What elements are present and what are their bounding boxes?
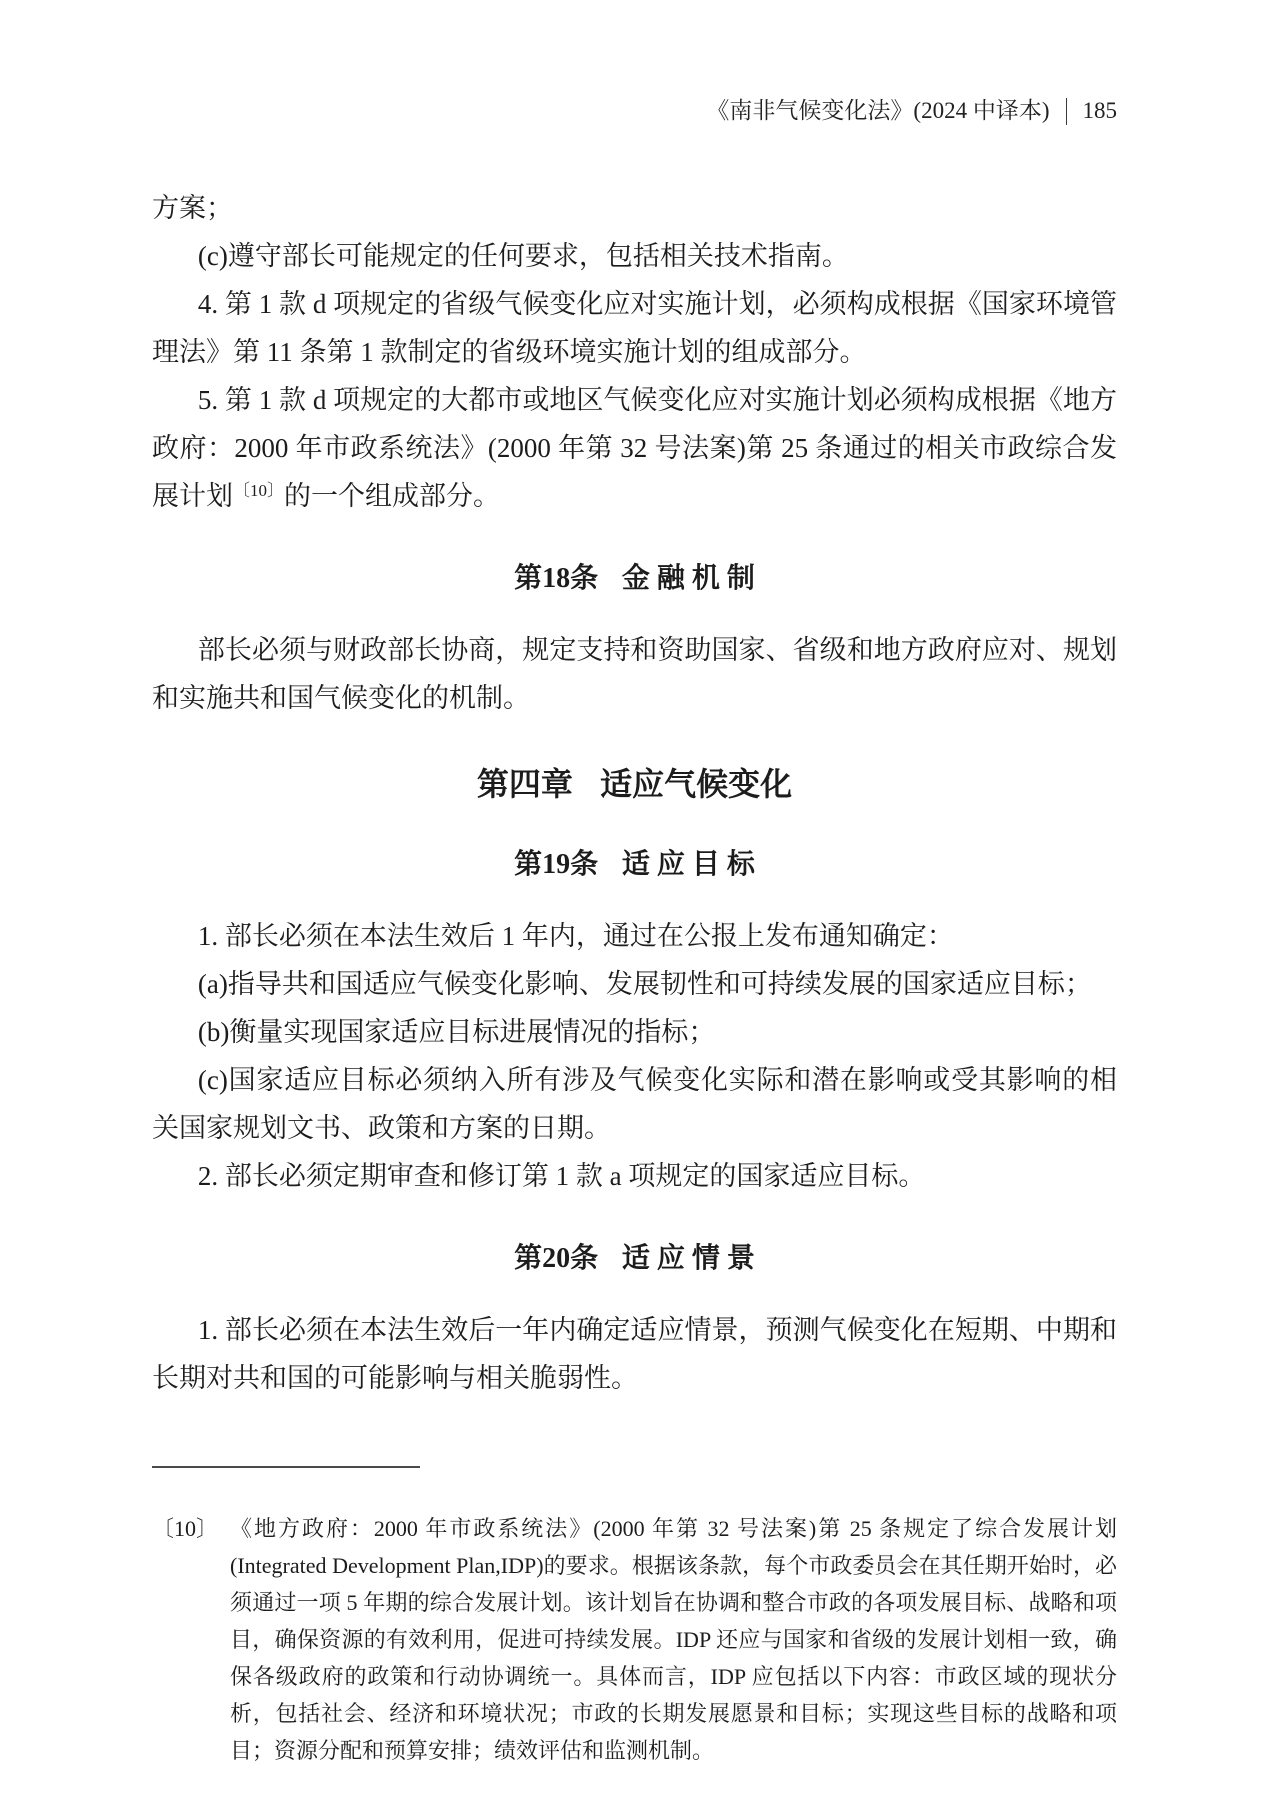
- footnote-area: 〔10〕 《地方政府：2000 年市政系统法》(2000 年第 32 号法案)第…: [152, 1466, 1117, 1769]
- paragraph-item-c: (c)遵守部长可能规定的任何要求，包括相关技术指南。: [152, 232, 1117, 280]
- paragraph-19-c: (c)国家适应目标必须纳入所有涉及气候变化实际和潜在影响或受其影响的相关国家规划…: [152, 1056, 1117, 1152]
- running-title: 《南非气候变化法》(2024 中译本): [706, 96, 1049, 126]
- section-19-heading: 第19条适 应 目 标: [152, 844, 1117, 886]
- chapter-4-label: 第四章: [477, 766, 573, 802]
- paragraph-19-b: (b)衡量实现国家适应目标进展情况的指标；: [152, 1008, 1117, 1056]
- section-20-label: 第20条: [514, 1243, 598, 1274]
- page-number: 185: [1083, 96, 1118, 126]
- footnote-ref-10: 〔10〕: [233, 481, 284, 500]
- section-20-title: 适 应 情 景: [622, 1243, 755, 1274]
- paragraph-19-1: 1. 部长必须在本法生效后 1 年内，通过在公报上发布通知确定：: [152, 912, 1117, 960]
- page-header: 《南非气候变化法》(2024 中译本) 185: [152, 96, 1117, 126]
- section-18-title: 金 融 机 制: [622, 563, 755, 594]
- section-19-label: 第19条: [514, 849, 598, 880]
- paragraph-4: 4. 第 1 款 d 项规定的省级气候变化应对实施计划，必须构成根据《国家环境管…: [152, 280, 1117, 376]
- footnote-10: 〔10〕 《地方政府：2000 年市政系统法》(2000 年第 32 号法案)第…: [152, 1510, 1117, 1769]
- page-body: 方案； (c)遵守部长可能规定的任何要求，包括相关技术指南。 4. 第 1 款 …: [152, 184, 1117, 1402]
- section-19-title: 适 应 目 标: [622, 849, 755, 880]
- paragraph-19-2: 2. 部长必须定期审查和修订第 1 款 a 项规定的国家适应目标。: [152, 1152, 1117, 1200]
- paragraph-20-1: 1. 部长必须在本法生效后一年内确定适应情景，预测气候变化在短期、中期和长期对共…: [152, 1306, 1117, 1402]
- continuation-line: 方案；: [152, 184, 1117, 232]
- chapter-4-heading: 第四章适应气候变化: [152, 762, 1117, 806]
- paragraph-18-1: 部长必须与财政部长协商，规定支持和资助国家、省级和地方政府应对、规划和实施共和国…: [152, 626, 1117, 722]
- section-18-label: 第18条: [514, 563, 598, 594]
- paragraph-19-a: (a)指导共和国适应气候变化影响、发展韧性和可持续发展的国家适应目标；: [152, 960, 1117, 1008]
- header-divider: [1066, 98, 1067, 125]
- chapter-4-title: 适应气候变化: [600, 766, 792, 802]
- footnote-text: 《地方政府：2000 年市政系统法》(2000 年第 32 号法案)第 25 条…: [230, 1510, 1117, 1769]
- document-page: 《南非气候变化法》(2024 中译本) 185 方案； (c)遵守部长可能规定的…: [0, 0, 1269, 1804]
- section-18-heading: 第18条金 融 机 制: [152, 558, 1117, 600]
- section-20-heading: 第20条适 应 情 景: [152, 1238, 1117, 1280]
- paragraph-5-text-after: 的一个组成部分。: [284, 481, 500, 511]
- footnote-divider: [152, 1466, 420, 1468]
- paragraph-5: 5. 第 1 款 d 项规定的大都市或地区气候变化应对实施计划必须构成根据《地方…: [152, 376, 1117, 520]
- footnote-marker: 〔10〕: [152, 1510, 218, 1769]
